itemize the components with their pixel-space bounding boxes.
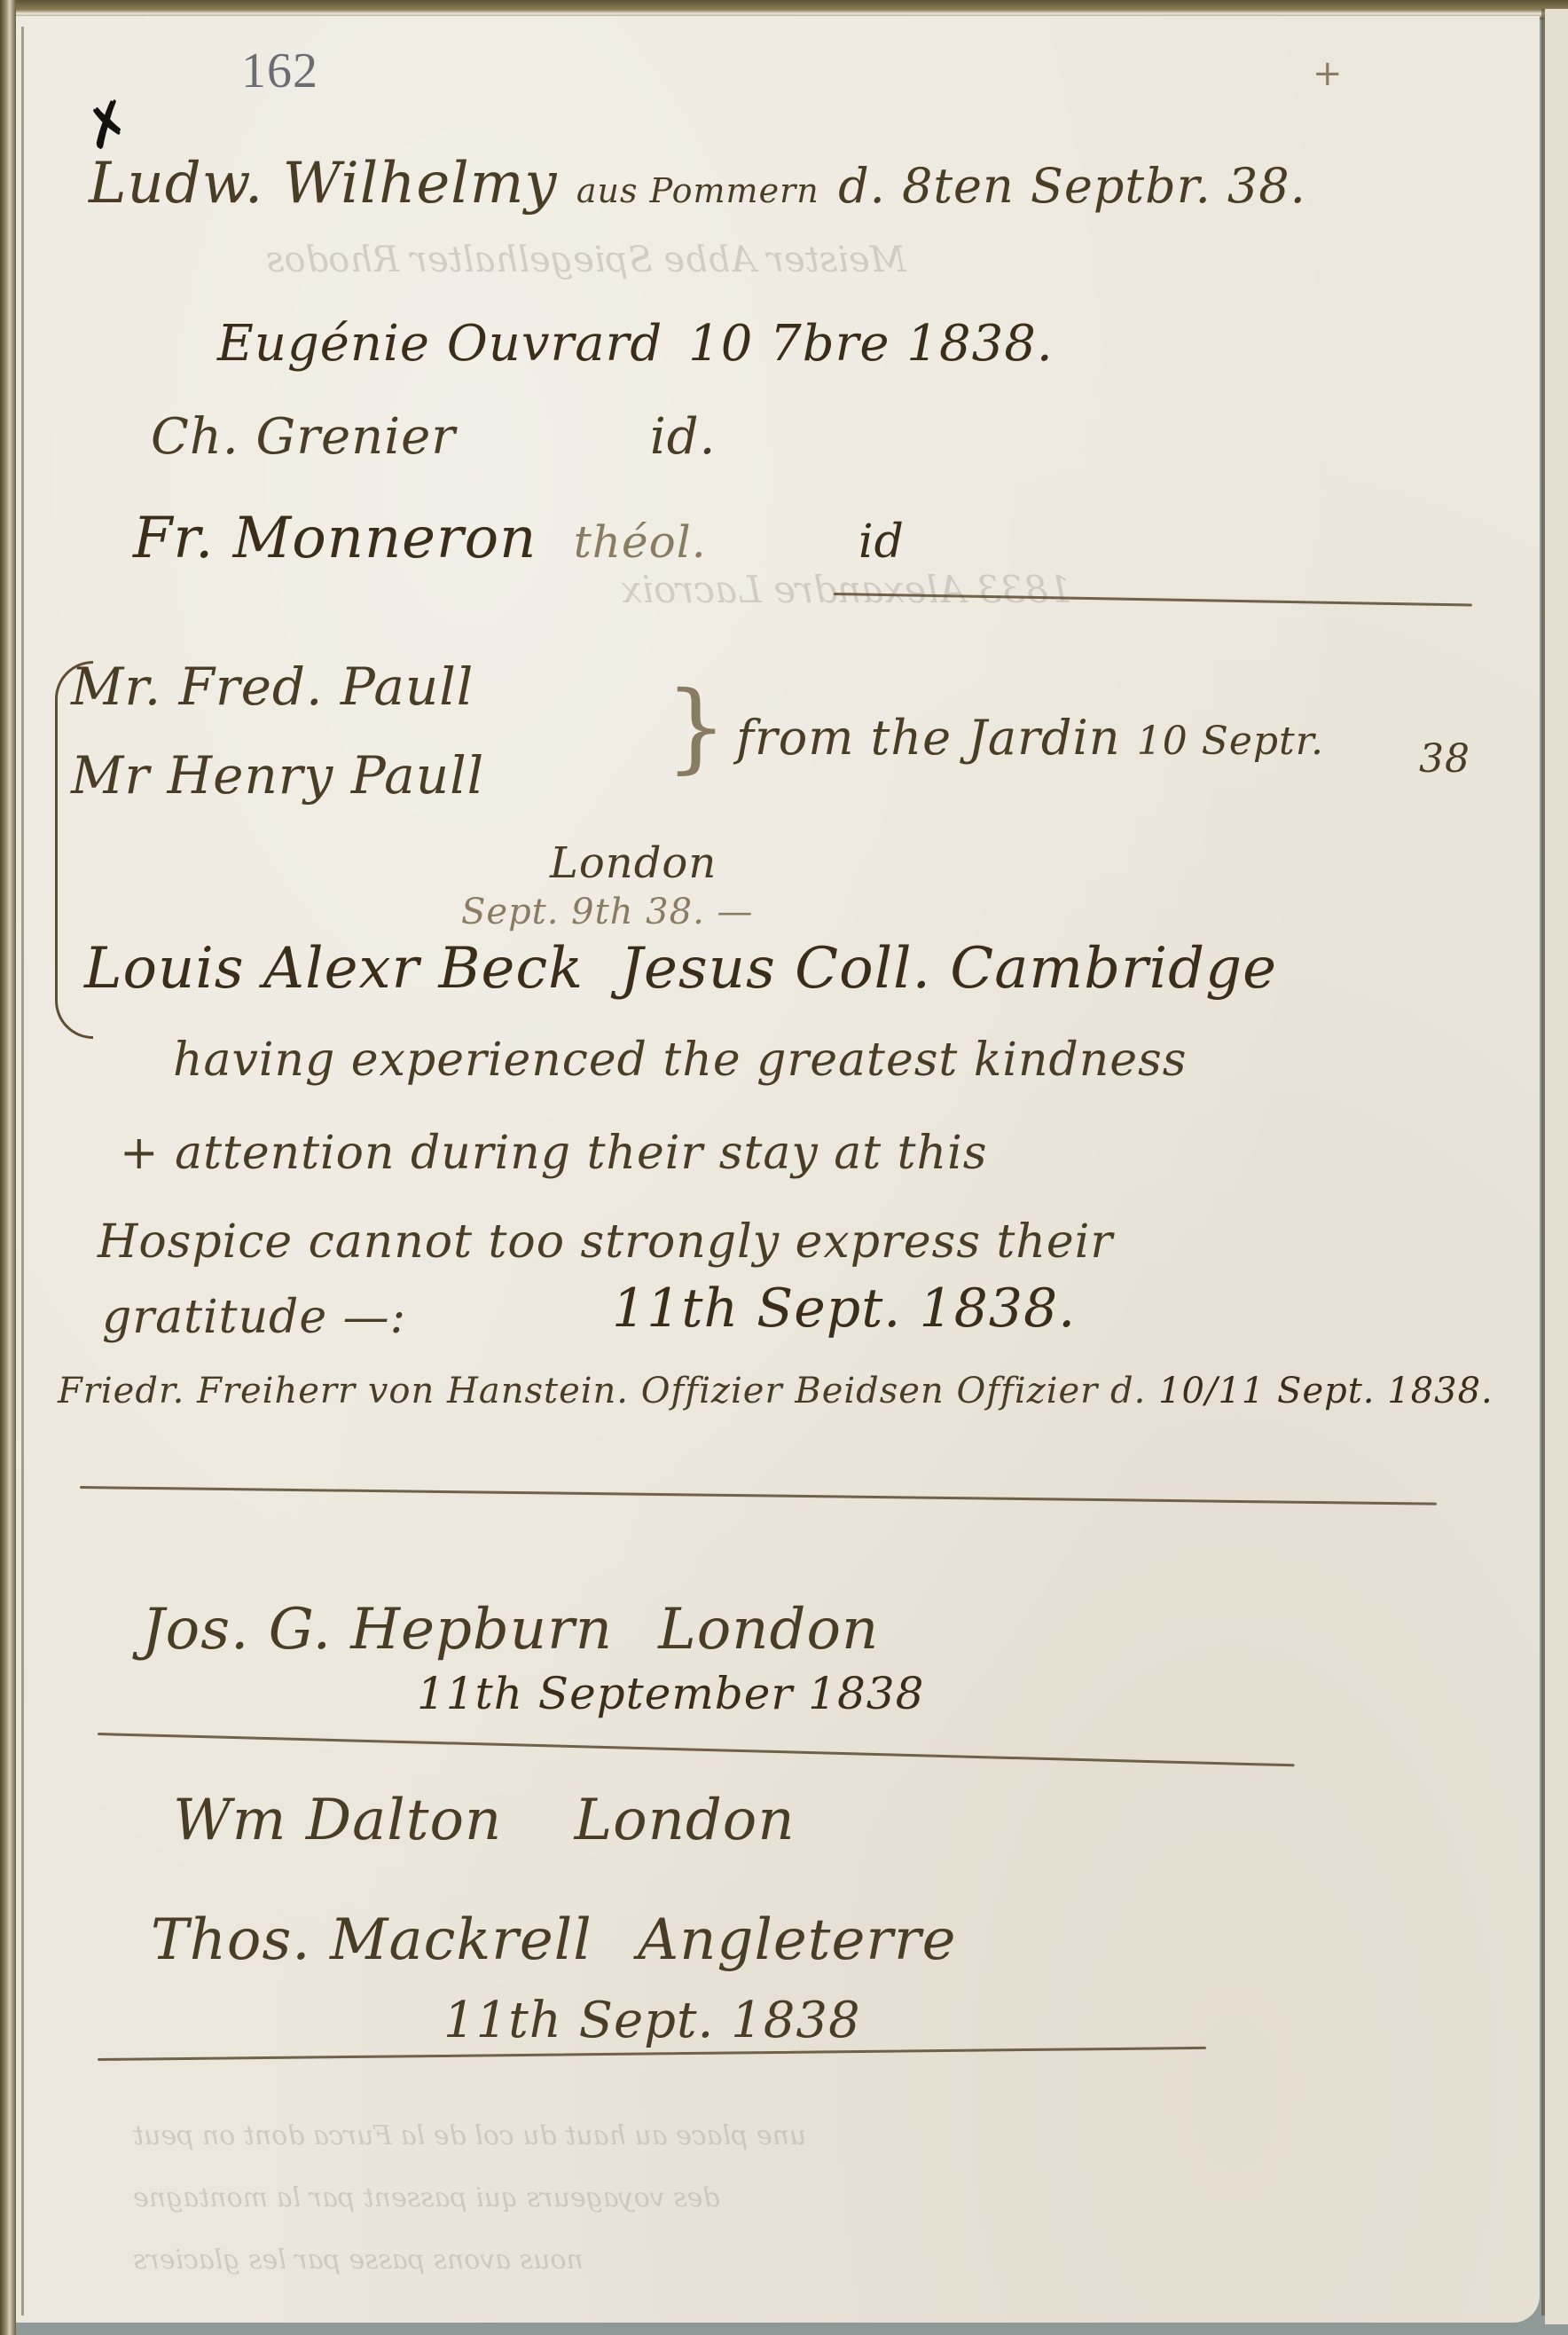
entry-date: id <box>858 515 905 569</box>
entry-ouvrard: Eugénie Ouvrard 10 7bre 1838. <box>217 315 1054 373</box>
entry-affiliation: Jesus Coll. Cambridge <box>620 936 1277 1002</box>
entry-mackrell: Thos. Mackrell Angleterre <box>151 1907 956 1973</box>
entry-name: Louis Alexr Beck <box>84 936 584 1002</box>
entry-hepburn-date: 11th September 1838 <box>417 1668 924 1719</box>
entry-date: 10 Septr. <box>1137 719 1324 764</box>
entry-text: Friedr. Freiherr von Hanstein. Offizier … <box>58 1371 1146 1411</box>
bleed-through-text: 1833 Alexandre Lacroix <box>621 568 1072 611</box>
book-spine-edge <box>0 0 16 2335</box>
gratitude-date: 11th Sept. 1838. <box>612 1278 1076 1340</box>
bleed-through-text: Meister Abbe Spiegelhalter Rhodos <box>266 240 906 280</box>
entry-grenier: Ch. Grenier id. <box>151 408 716 466</box>
entry-name: Jos. G. Hepburn <box>142 1597 613 1663</box>
gratitude-line-4: gratitude —: <box>102 1291 406 1344</box>
entry-origin: from the Jardin <box>736 710 1121 766</box>
entry-wilhelmy: Ludw. Wilhelmy aus Pommern d. 8ten Septb… <box>89 151 1306 216</box>
gratitude-line-1: having experienced the greatest kindness <box>173 1034 1187 1087</box>
entry-mackrell-date: 11th Sept. 1838 <box>443 1992 861 2049</box>
entry-hanstein: Friedr. Freiherr von Hanstein. Offizier … <box>58 1371 1494 1411</box>
entry-name: Ludw. Wilhelmy <box>89 151 558 216</box>
entry-place: London <box>658 1597 879 1663</box>
entry-name: Wm Dalton <box>173 1788 502 1853</box>
entry-beck: Louis Alexr Beck Jesus Coll. Cambridge <box>84 936 1277 1002</box>
entry-beck-place: London <box>550 838 717 888</box>
entry-date: 10 7bre 1838. <box>688 315 1054 373</box>
entry-date: 10/11 Sept. 1838. <box>1158 1371 1494 1411</box>
entry-dalton: Wm Dalton London <box>173 1788 796 1853</box>
adjacent-page-edge <box>1545 9 1568 2324</box>
entry-paull-fred: Mr. Fred. Paull <box>71 656 474 717</box>
entry-paull-origin: from the Jardin 10 Septr. <box>736 710 1324 766</box>
entry-name: Eugénie Ouvrard <box>217 315 662 373</box>
brace-right-glyph: } <box>665 670 728 783</box>
entry-beck-date: Sept. 9th 38. — <box>461 892 754 932</box>
entry-hepburn: Jos. G. Hepburn London <box>142 1597 879 1663</box>
entry-place: Angleterre <box>638 1907 956 1973</box>
bleed-through-text: une place au haut du col de la Furca don… <box>133 2120 806 2151</box>
entry-place: aus Pommern <box>576 171 819 210</box>
entry-year: 38 <box>1419 736 1470 782</box>
entry-date: id. <box>650 408 717 466</box>
entry-place: London <box>575 1788 796 1853</box>
corner-mark: + <box>1313 53 1344 94</box>
bleed-through-text: des voyageurs qui passent par la montagn… <box>133 2182 720 2213</box>
gratitude-line-3: Hospice cannot too strongly express thei… <box>98 1215 1113 1269</box>
entry-name: Ch. Grenier <box>151 408 456 466</box>
entry-name: Fr. Monneron <box>133 506 537 571</box>
entry-date: d. 8ten Septbr. 38. <box>838 158 1306 214</box>
entry-paull-henry: Mr Henry Paull <box>71 745 484 806</box>
entry-monneron: Fr. Monneron théol. id <box>133 506 905 571</box>
bleed-through-text: nous avons passe par les glaciers <box>133 2245 584 2276</box>
entry-note: théol. <box>574 516 707 568</box>
margin-rule-left <box>21 27 24 2315</box>
page-number: 162 <box>241 43 318 99</box>
gratitude-line-2: + attention during their stay at this <box>120 1127 987 1180</box>
entry-name: Thos. Mackrell <box>151 1907 592 1973</box>
